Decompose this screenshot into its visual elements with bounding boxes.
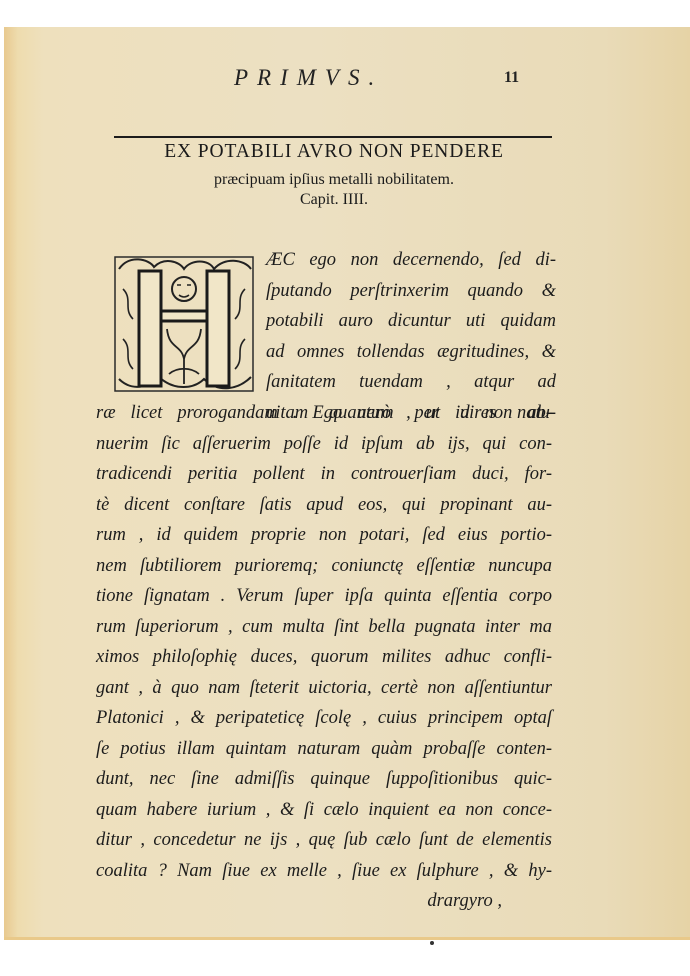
text-line: nuerim ſic aſſeruerim poſſe id ipſum ab … xyxy=(96,429,552,460)
text-line: nem ſubtiliorem purioremq; coniunctę eſſ… xyxy=(96,551,552,582)
chapter-subtitle: præcipuam ipſius metalli nobilitatem. xyxy=(104,170,564,190)
text-line: coalita ? Nam ſiue ex melle , ſiue ex ſu… xyxy=(96,856,552,887)
text-line: ſe potius illam quintam naturam quàm pro… xyxy=(96,734,552,765)
page-number: 11 xyxy=(504,69,519,87)
text-line: ÆC ego non decernendo, ſed di- xyxy=(266,245,556,276)
text-line: gant , à quo nam ſteterit uictoria, cert… xyxy=(96,673,552,704)
catchword: drargyro , xyxy=(96,886,552,917)
text-line: ximos philoſophię duces, quorum milites … xyxy=(96,642,552,673)
text-line: dunt, nec ſine admiſſis quinque ſuppoſit… xyxy=(96,764,552,795)
chapter-subtitle-block: præcipuam ipſius metalli nobilitatem. Ca… xyxy=(104,170,564,210)
text-line: tradicendi peritia pollent in controuerſ… xyxy=(96,459,552,490)
text-line: ræ licet prorogandam . Ego uerò , ut id … xyxy=(96,398,552,429)
body-text: ræ licet prorogandam . Ego uerò , ut id … xyxy=(96,398,552,917)
text-line: tè dicent conſtare ſatis apud eos, qui p… xyxy=(96,490,552,521)
decorated-initial-h-icon xyxy=(109,249,259,397)
running-head: PRIMVS. xyxy=(234,65,383,91)
text-line: ad omnes tollendas ægritudines, & xyxy=(266,337,556,368)
text-line: potabili auro dicuntur uti quidam xyxy=(266,306,556,337)
text-line: Platonici , & peripateticę ſcolę , cuius… xyxy=(96,703,552,734)
text-line: rum , id quidem proprie non potari, ſed … xyxy=(96,520,552,551)
text-line: ſanitatem tuendam , atqur ad xyxy=(266,367,556,398)
text-line: ditur , concedetur ne ijs , quę ſub cælo… xyxy=(96,825,552,856)
text-line: quam habere iurium , & ſi cælo inquient … xyxy=(96,795,552,826)
ink-speck xyxy=(430,941,434,945)
text-line: ſputando perſtrinxerim quando & xyxy=(266,276,556,307)
book-page: PRIMVS. 11 EX POTABILI AVRO NON PENDERE … xyxy=(4,27,690,940)
text-line: rum ſuperiorum , cum multa ſint bella pu… xyxy=(96,612,552,643)
header-rule xyxy=(114,136,552,138)
chapter-number: Capit. IIII. xyxy=(104,190,564,210)
text-line: tione ſignatam . Verum ſuper ipſa quinta… xyxy=(96,581,552,612)
chapter-title: EX POTABILI AVRO NON PENDERE xyxy=(104,141,564,163)
